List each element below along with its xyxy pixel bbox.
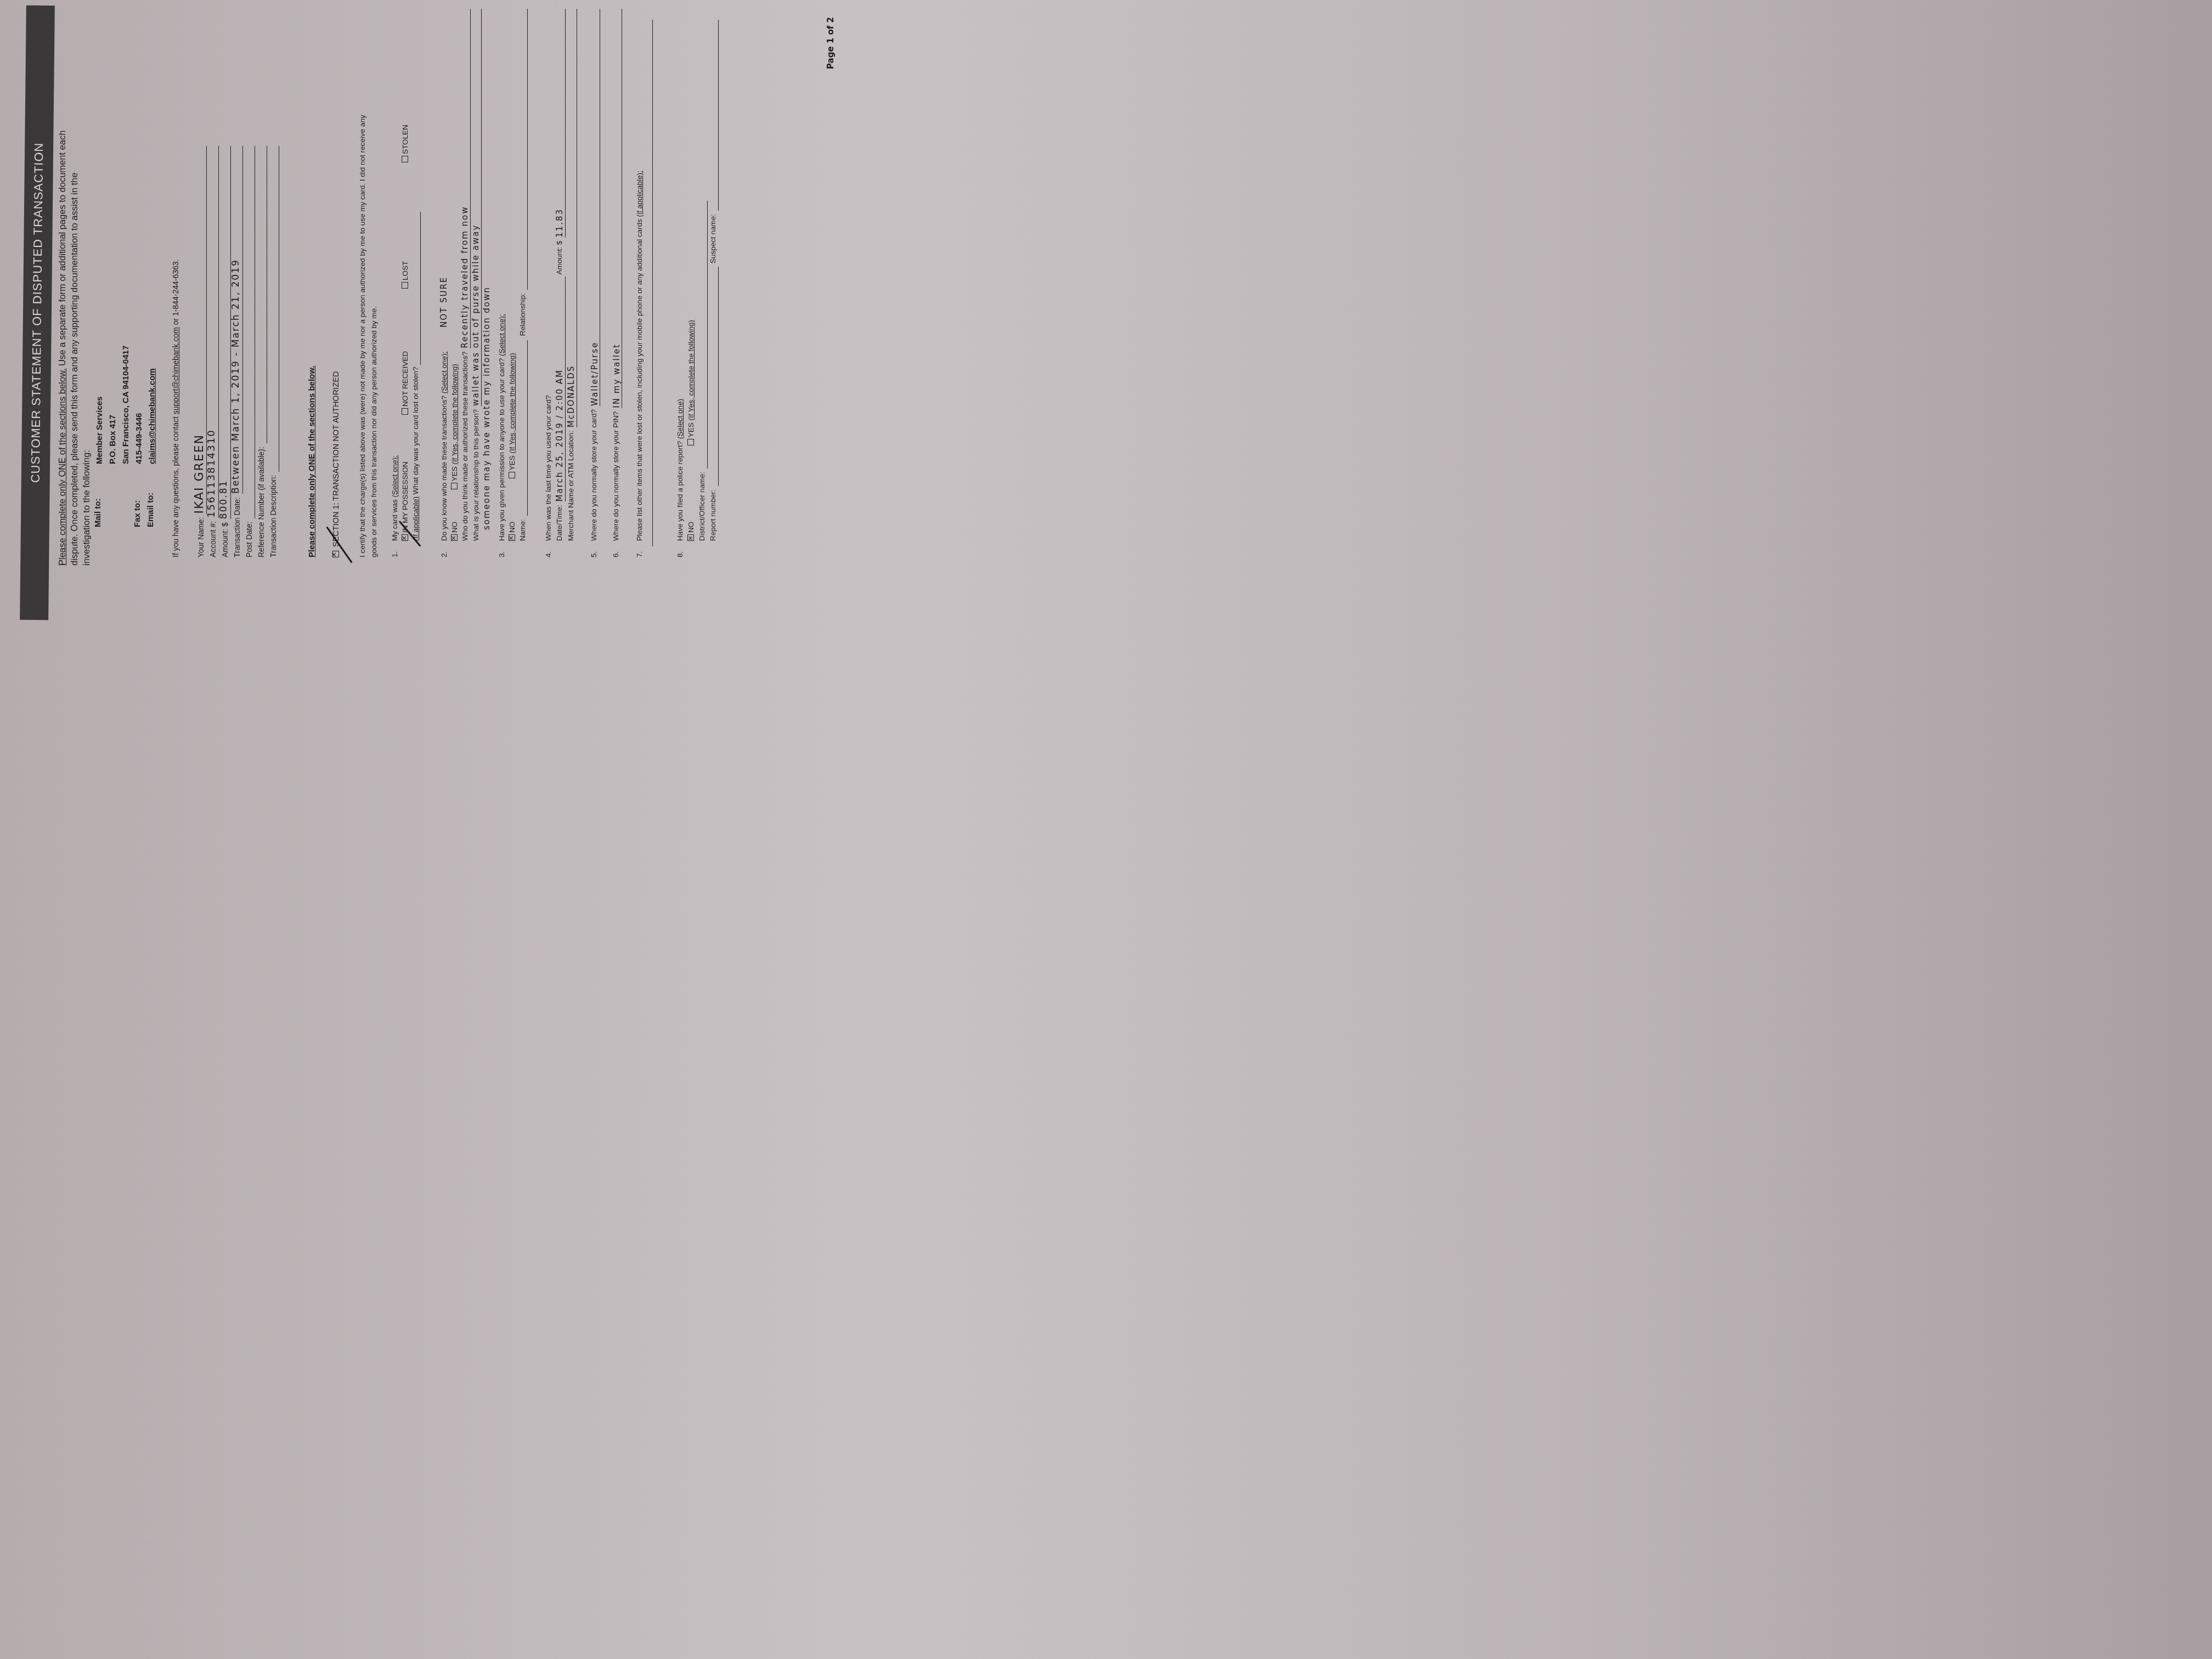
mail-line: P.O. Box 417 — [106, 346, 120, 464]
mail-address: Member Services P.O. Box 417 San Francis… — [93, 346, 159, 464]
card-storage-field[interactable]: Wallet/Purse — [590, 9, 600, 406]
checkbox[interactable] — [402, 156, 408, 162]
mail-line: San Francisco, CA 94104-0417 — [120, 346, 133, 464]
last-use-datetime-field[interactable]: March 25, 2019 / 2:00 AM — [554, 276, 566, 501]
question-1: 1.My card was (Select one): IN MY POSSES… — [390, 64, 421, 557]
lost-date-field[interactable] — [410, 212, 421, 365]
checkbox-checked[interactable] — [509, 534, 515, 541]
permission-name-field[interactable] — [517, 340, 528, 516]
transaction-fields: Your Name:IKAI GREEN Account #:156113814… — [195, 146, 279, 557]
last-use-amount-field[interactable]: 11.83 — [554, 9, 566, 238]
dispute-form-page: CUSTOMER STATEMENT OF DISPUTED TRANSACTI… — [0, 0, 860, 645]
q2-yes-option[interactable]: YES (If Yes, complete the following) — [450, 364, 459, 489]
checkbox[interactable] — [687, 439, 694, 445]
checkbox[interactable] — [402, 282, 408, 289]
description-label: Transaction Description: — [267, 475, 279, 557]
intro-paragraph: Please complete only ONE of the sections… — [57, 127, 93, 566]
suspect-name-field[interactable] — [708, 20, 719, 211]
merchant-field[interactable]: McDONALDS — [566, 9, 577, 427]
form-title: CUSTOMER STATEMENT OF DISPUTED TRANSACTI… — [20, 5, 55, 620]
claims-email-link[interactable]: claims@chimebank.com — [146, 346, 159, 464]
mail-label: Mail to: — [93, 499, 103, 528]
district-officer-field[interactable] — [697, 201, 708, 469]
handwritten-continuation: someone may have wrote my information do… — [482, 9, 492, 557]
name-field[interactable]: IKAI GREEN — [195, 146, 207, 514]
pin-storage-field[interactable]: IN my wallet — [612, 9, 622, 408]
account-label: Account #: — [207, 521, 219, 557]
relationship-field[interactable]: wallet was out of purse while away — [471, 9, 482, 406]
section1-checkbox[interactable] — [332, 551, 339, 557]
questions-note: If you have any questions, please contac… — [171, 259, 180, 557]
amount-label: Amount: $ — [219, 522, 231, 557]
transaction-date-label: Transaction Date: — [231, 497, 243, 557]
q8-no-option[interactable]: NO — [686, 448, 697, 541]
description-field[interactable] — [267, 146, 279, 472]
post-date-label: Post Date: — [243, 522, 255, 557]
intro-lead: Please complete only ONE of the sections… — [58, 368, 67, 566]
section1-certification: I certify that the charge(s) listed abov… — [357, 108, 380, 557]
checkbox[interactable] — [451, 483, 458, 489]
transaction-date-field[interactable]: Between March 1, 2019 - March 21, 2019 — [231, 146, 243, 494]
q1-option-possession[interactable]: IN MY POSSESSION — [400, 415, 410, 541]
checkbox-checked[interactable] — [402, 534, 408, 541]
q3-yes-option[interactable]: YES (If Yes, complete the following) — [508, 353, 516, 478]
question-3: 3.Have you given permission to anyone to… — [496, 9, 528, 557]
q2-no-option[interactable]: NO — [449, 492, 460, 541]
q1-option-stolen[interactable]: STOLEN — [400, 125, 410, 162]
q3-no-option[interactable]: NO — [507, 481, 517, 541]
checkbox-checked[interactable] — [687, 534, 694, 541]
mail-line: Member Services — [93, 346, 106, 464]
email-label: Email to: — [146, 493, 155, 527]
not-sure-note: NOT SURE — [439, 276, 449, 328]
question-2: 2.Do you know who made these transaction… — [439, 9, 492, 557]
question-4: 4.When was the last time you used your c… — [543, 9, 577, 557]
permission-relationship-field[interactable] — [517, 9, 528, 290]
checkbox-checked[interactable] — [451, 534, 458, 541]
checkbox[interactable] — [509, 472, 515, 478]
support-email-link[interactable]: support@chimebank.com — [171, 327, 180, 414]
question-7: 7.Please list other items that were lost… — [635, 9, 653, 557]
section1-header[interactable]: SECTION 1: TRANSACTION NOT AUTHORIZED — [332, 371, 341, 557]
q1-option-not-received[interactable]: NOT RECEIVED — [400, 289, 410, 415]
question-5: 5.Where do you normally store your card?… — [590, 9, 600, 557]
fax-number: 415-449-3446 — [133, 346, 146, 464]
account-field[interactable]: 156113814310 — [207, 146, 219, 518]
question-8: 8.Have you filed a police report? (Selec… — [675, 9, 719, 557]
section1-title: SECTION 1: TRANSACTION NOT AUTHORIZED — [332, 371, 341, 547]
other-items-field[interactable] — [652, 20, 653, 546]
who-field[interactable]: Recently traveled from now — [460, 9, 471, 348]
name-label: Your Name: — [195, 517, 207, 557]
checkbox[interactable] — [402, 408, 408, 415]
page-number: Page 1 of 2 — [826, 17, 836, 69]
reference-label: Reference Number (if available): — [255, 447, 267, 557]
q1-option-lost[interactable]: LOST — [400, 162, 410, 289]
q8-yes-option[interactable]: YES (If Yes, complete the following) — [687, 320, 695, 445]
question-6: 6.Where do you normally store your PIN?I… — [612, 9, 622, 557]
report-number-field[interactable] — [708, 267, 719, 486]
reference-field[interactable] — [255, 146, 267, 443]
post-date-field[interactable] — [243, 146, 255, 518]
amount-field[interactable]: 800.81 — [219, 146, 231, 519]
sections-heading: Please complete only ONE of the sections… — [307, 365, 317, 557]
fax-label: Fax to: — [133, 500, 142, 527]
